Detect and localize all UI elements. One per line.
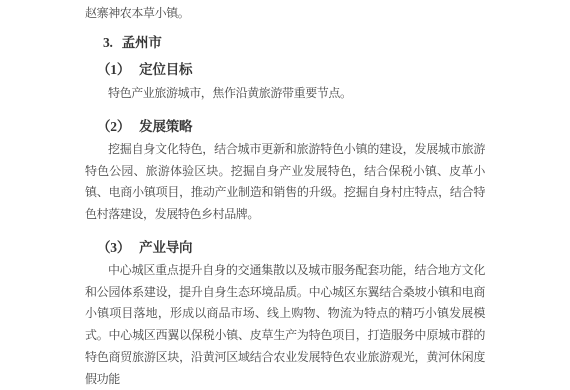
- subsection-number-3: （3）: [97, 240, 130, 255]
- subsection-number-2: （2）: [97, 119, 130, 134]
- document-page: 赵寨神农本草小镇。 3.孟州市 （1）定位目标 特色产业旅游城市，焦作沿黄旅游带…: [85, 0, 485, 360]
- paragraph-industry-orientation: 中心城区重点提升自身的交通集散以及城市服务配套功能，结合地方文化和公园体系建设，…: [85, 260, 485, 360]
- subsection-heading-2: （2）发展策略: [85, 115, 485, 135]
- paragraph-development-strategy: 挖掘自身文化特色，结合城市更新和旅游特色小镇的建设，发展城市旅游特色公园、旅游体…: [85, 139, 485, 226]
- paragraph-positioning-goal: 特色产业旅游城市，焦作沿黄旅游带重要节点。: [85, 83, 485, 105]
- subsection-heading-3: （3）产业导向: [85, 236, 485, 256]
- section-title: 孟州市: [122, 35, 162, 50]
- paragraph-continuation: 赵寨神农本草小镇。: [85, 3, 485, 25]
- subsection-title-2: 发展策略: [139, 119, 192, 134]
- subsection-title-1: 定位目标: [139, 62, 192, 77]
- section-heading: 3.孟州市: [85, 31, 485, 51]
- subsection-number-1: （1）: [97, 62, 130, 77]
- section-number: 3.: [103, 35, 113, 50]
- subsection-heading-1: （1）定位目标: [85, 58, 485, 78]
- subsection-title-3: 产业导向: [139, 240, 192, 255]
